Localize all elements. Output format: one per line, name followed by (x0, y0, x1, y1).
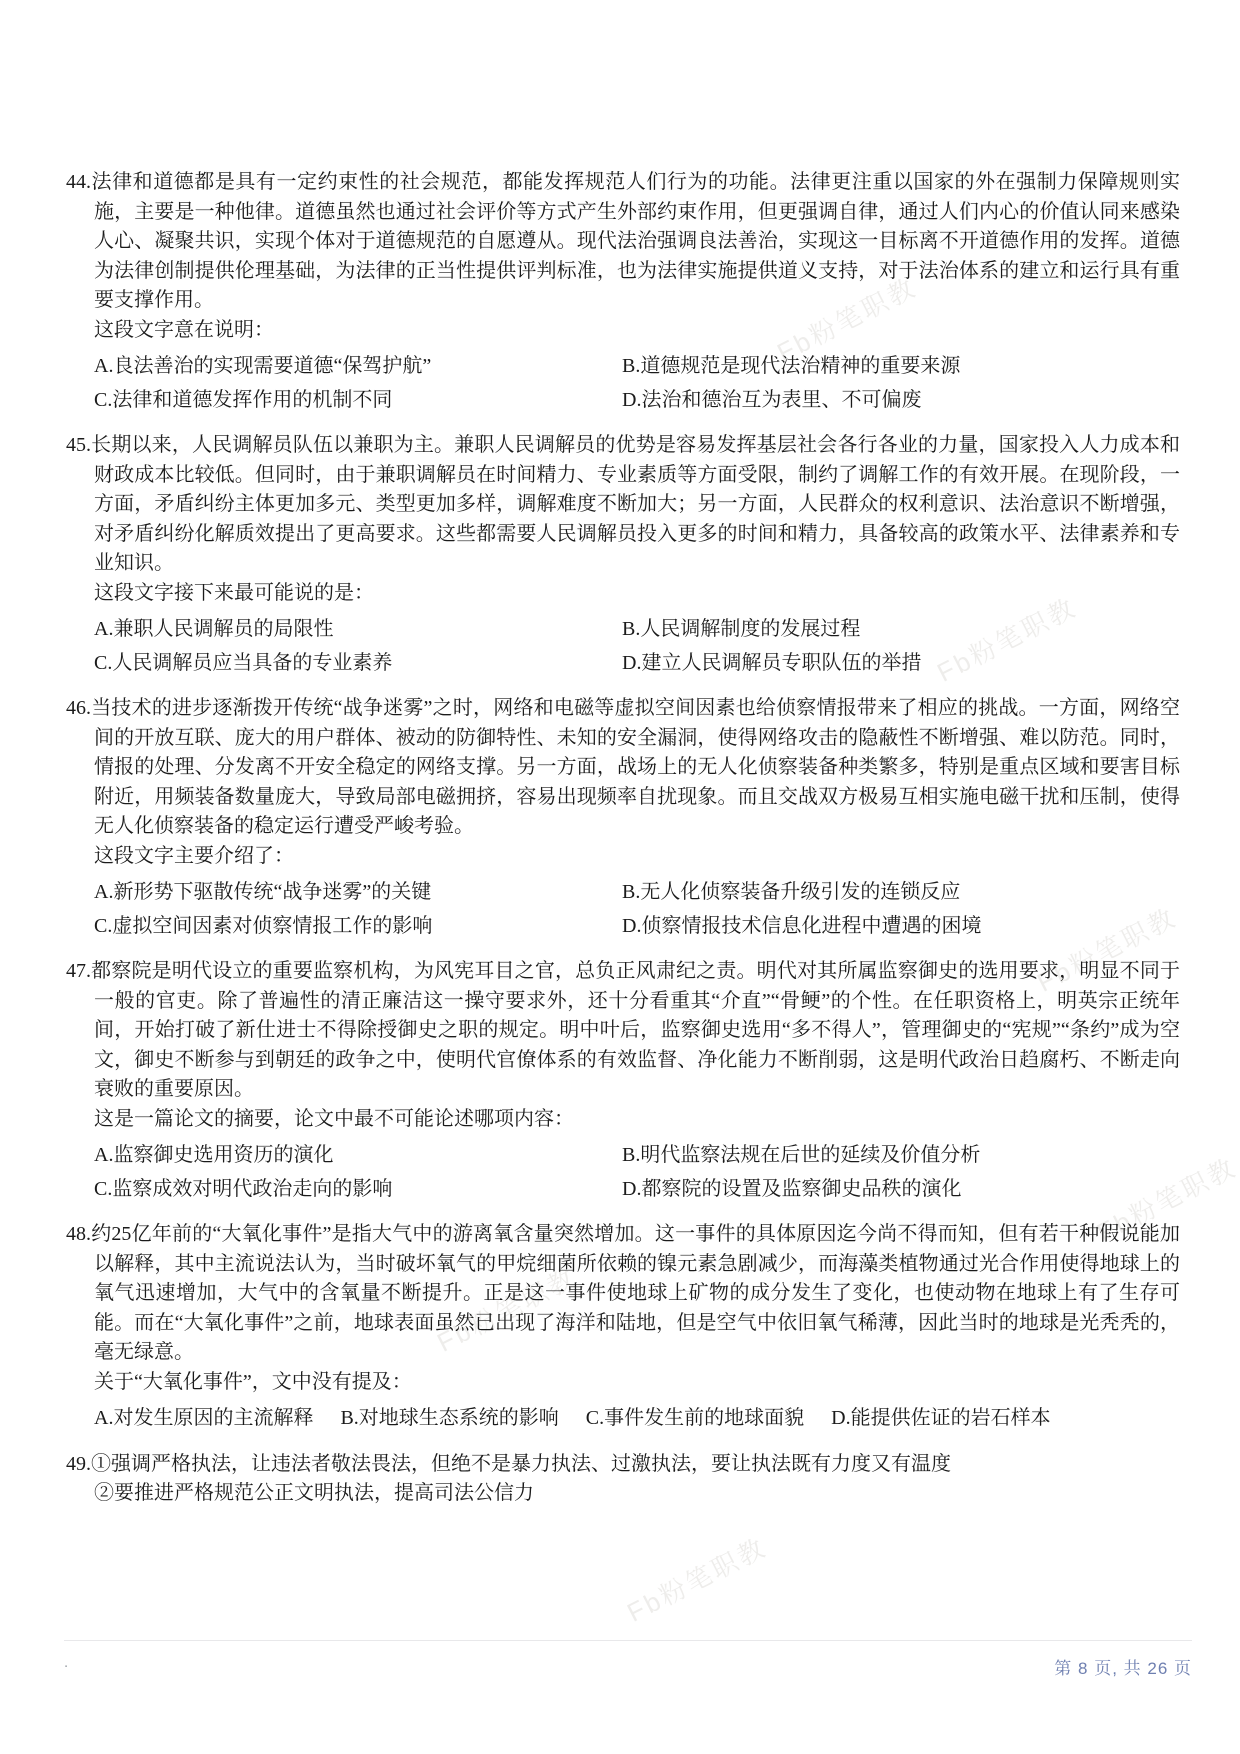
exam-page-content: 44.法律和道德都是具有一定约束性的社会规范，都能发挥规范人们行为的功能。法律更… (66, 168, 1180, 1525)
question-44-number: 44. (66, 171, 91, 193)
question-46: 46.当技术的进步逐渐拨开传统“战争迷雾”之时，网络和电磁等虚拟空间因素也给侦察… (66, 694, 1180, 941)
question-45: 45.长期以来，人民调解员队伍以兼职为主。兼职人民调解员的优势是容易发挥基层社会… (66, 431, 1180, 678)
question-45-prompt: 这段文字接下来最可能说的是： (66, 579, 1180, 609)
question-48-option-a: A.对发生原因的主流解释 (94, 1404, 313, 1434)
question-44-options: A.良法善治的实现需要道德“保驾护航” B.道德规范是现代法治精神的重要来源 C… (66, 352, 1180, 415)
question-44-prompt: 这段文字意在说明： (66, 316, 1180, 346)
question-49-statement-1: ①强调严格执法，让违法者敬法畏法，但绝不是暴力执法、过激执法，要让执法既有力度又… (91, 1453, 951, 1475)
question-44-option-d: D.法治和德治互为表里、不可偏废 (622, 386, 1180, 416)
question-45-options: A.兼职人民调解员的局限性 B.人民调解制度的发展过程 C.人民调解员应当具备的… (66, 615, 1180, 678)
question-44-option-a: A.良法善治的实现需要道德“保驾护航” (94, 352, 622, 382)
question-45-body: 长期以来，人民调解员队伍以兼职为主。兼职人民调解员的优势是容易发挥基层社会各行各… (91, 434, 1180, 574)
page-indicator: 第 8 页, 共 26 页 (1054, 1654, 1192, 1679)
question-46-option-c: C.虚拟空间因素对侦察情报工作的影响 (94, 912, 622, 942)
question-48-body: 约25亿年前的“大氧化事件”是指大气中的游离氧含量突然增加。这一事件的具体原因迄… (91, 1223, 1180, 1363)
question-47-prompt: 这是一篇论文的摘要，论文中最不可能论述哪项内容： (66, 1105, 1180, 1135)
question-46-option-a: A.新形势下驱散传统“战争迷雾”的关键 (94, 878, 622, 908)
question-45-number: 45. (66, 434, 91, 456)
question-47-options: A.监察御史选用资历的演化 B.明代监察法规在后世的延续及价值分析 C.监察成效… (66, 1141, 1180, 1204)
question-49-number: 49. (66, 1453, 91, 1475)
question-46-options: A.新形势下驱散传统“战争迷雾”的关键 B.无人化侦察装备升级引发的连锁反应 C… (66, 878, 1180, 941)
question-47-option-c: C.监察成效对明代政治走向的影响 (94, 1175, 622, 1205)
question-48-options: A.对发生原因的主流解释 B.对地球生态系统的影响 C.事件发生前的地球面貌 D… (66, 1404, 1180, 1434)
question-45-option-b: B.人民调解制度的发展过程 (622, 615, 1180, 645)
question-44: 44.法律和道德都是具有一定约束性的社会规范，都能发挥规范人们行为的功能。法律更… (66, 168, 1180, 415)
question-47-option-b: B.明代监察法规在后世的延续及价值分析 (622, 1141, 1180, 1171)
page-footer: . 第 8 页, 共 26 页 (64, 1640, 1192, 1679)
question-46-option-d: D.侦察情报技术信息化进程中遭遇的困境 (622, 912, 1180, 942)
question-45-option-a: A.兼职人民调解员的局限性 (94, 615, 622, 645)
question-49-statement-2: ②要推进严格规范公正文明执法，提高司法公信力 (66, 1479, 1180, 1509)
question-45-option-c: C.人民调解员应当具备的专业素养 (94, 649, 622, 679)
question-47-body: 都察院是明代设立的重要监察机构，为风宪耳目之官，总负正风肃纪之责。明代对其所属监… (91, 960, 1180, 1100)
question-48-option-c: C.事件发生前的地球面貌 (586, 1404, 804, 1434)
question-46-prompt: 这段文字主要介绍了： (66, 842, 1180, 872)
question-47: 47.都察院是明代设立的重要监察机构，为风宪耳目之官，总负正风肃纪之责。明代对其… (66, 957, 1180, 1204)
question-48-option-b: B.对地球生态系统的影响 (340, 1404, 558, 1434)
question-48-option-d: D.能提供佐证的岩石样本 (831, 1404, 1050, 1434)
question-46-number: 46. (66, 697, 91, 719)
question-48-number: 48. (66, 1223, 91, 1245)
question-47-option-a: A.监察御史选用资历的演化 (94, 1141, 622, 1171)
question-45-option-d: D.建立人民调解员专职队伍的举措 (622, 649, 1180, 679)
question-46-option-b: B.无人化侦察装备升级引发的连锁反应 (622, 878, 1180, 908)
footer-dot: . (64, 1654, 68, 1672)
question-46-body: 当技术的进步逐渐拨开传统“战争迷雾”之时，网络和电磁等虚拟空间因素也给侦察情报带… (91, 697, 1180, 837)
question-44-option-b: B.道德规范是现代法治精神的重要来源 (622, 352, 1180, 382)
question-47-number: 47. (66, 960, 91, 982)
question-44-option-c: C.法律和道德发挥作用的机制不同 (94, 386, 622, 416)
question-48: 48.约25亿年前的“大氧化事件”是指大气中的游离氧含量突然增加。这一事件的具体… (66, 1220, 1180, 1434)
watermark: Fb粉笔职教 (620, 1527, 773, 1629)
question-44-body: 法律和道德都是具有一定约束性的社会规范，都能发挥规范人们行为的功能。法律更注重以… (91, 171, 1180, 311)
question-48-prompt: 关于“大氧化事件”，文中没有提及： (66, 1368, 1180, 1398)
question-47-option-d: D.都察院的设置及监察御史品秩的演化 (622, 1175, 1180, 1205)
question-49: 49.①强调严格执法，让违法者敬法畏法，但绝不是暴力执法、过激执法，要让执法既有… (66, 1450, 1180, 1509)
